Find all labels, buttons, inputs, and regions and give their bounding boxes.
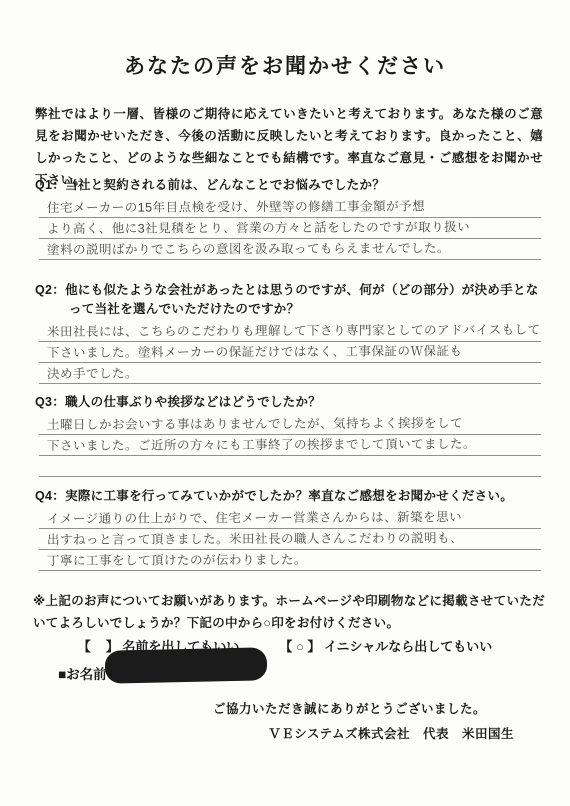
handwritten-answer-text: 出すねっと言って頂きました。米田社長の職人さんこだわりの説明も、 — [39, 529, 541, 550]
question-label: Q4：実際に工事を行ってみていかがでしたか？率直なご感想をお聞かせください。 — [35, 487, 543, 506]
handwritten-answer-text: 住宅メーカーの15年目点検を受け、外壁等の修繕工事金額が予想 — [39, 197, 541, 218]
handwritten-answer-text: 丁寧に工事をして頂けたのが伝わりました。 — [39, 550, 541, 571]
handwritten-answer-text: 下さいました。塗料メーカーの保証だけではなく、工事保証のＷ保証も — [39, 342, 541, 363]
page-title: あなたの声をお聞かせください — [0, 50, 570, 80]
handwritten-answer-text: 米田社長には、こちらのこだわりも理解して下さり専門家としてのアドバイスもして — [39, 321, 541, 342]
name-field-row: ■お名前 — [58, 648, 318, 686]
question-block-q1: Q1：当社と契約される前は、どんなことでお悩みでしたか？ 住宅メーカーの15年目… — [35, 176, 543, 260]
question-label: Q1：当社と契約される前は、どんなことでお悩みでしたか？ — [35, 176, 543, 195]
question-label: Q2：他にも似たような会社があったとは思うのですが、何が（どの部分）が決め手とな… — [35, 281, 543, 319]
footer-block: ご協力いただき誠にありがとうございました。 ＶＥシステムズ株式会社 代表 米田国… — [213, 697, 514, 747]
answer-line: 塗料の説明ばかりでこちらの意図を汲み取ってもらえませんでした。 — [39, 239, 541, 260]
company-name: ＶＥシステムズ株式会社 代表 米田国生 — [213, 722, 514, 747]
answer-line: 下さいました。塗料メーカーの保証だけではなく、工事保証のＷ保証も — [39, 342, 541, 363]
handwritten-answer-text: 決め手でした。 — [39, 363, 541, 384]
redacted-name-value — [105, 647, 268, 683]
publication-consent-note: ※上記のお声についてお願いがあります。ホームページや印刷物などに掲載させていただ… — [33, 590, 545, 634]
handwritten-answer-text: 土曜日しかお会いする事はありませんでしたが、気持ちよく挨拶をして — [39, 414, 541, 435]
answer-line: 下さいました。ご近所の方々にも工事終了の挨拶までして頂いてました。 — [39, 435, 541, 456]
answer-line: 出すねっと言って頂きました。米田社長の職人さんこだわりの説明も、 — [39, 529, 541, 550]
answer-line: 米田社長には、こちらのこだわりも理解して下さり専門家としてのアドバイスもして — [39, 321, 541, 342]
question-block-q3: Q3：職人の仕事ぶりや挨拶などはどうでしたか？ 土曜日しかお会いする事はありませ… — [35, 393, 543, 477]
answer-line: 丁寧に工事をして頂けたのが伝わりました。 — [39, 550, 541, 571]
name-field-label: ■お名前 — [58, 663, 107, 683]
question-label: Q3：職人の仕事ぶりや挨拶などはどうでしたか？ — [35, 393, 543, 412]
consent-option-label: イニシャルなら出してもいい — [324, 639, 492, 654]
answer-line: イメージ通りの仕上がりで、住宅メーカー営業さんからは、新築を思い — [39, 508, 541, 529]
answer-line: 住宅メーカーの15年目点検を受け、外壁等の修繕工事金額が予想 — [39, 197, 541, 218]
handwritten-answer-text: 下さいました。ご近所の方々にも工事終了の挨拶までして頂いてました。 — [39, 435, 541, 456]
handwritten-answer-text: 塗料の説明ばかりでこちらの意図を汲み取ってもらえませんでした。 — [39, 239, 541, 260]
answer-line: 決め手でした。 — [39, 363, 541, 384]
thanks-text: ご協力いただき誠にありがとうございました。 — [213, 697, 486, 722]
answer-line: より高く、他に3社見積をとり、営業の方々と話をしたのですが取り扱い — [39, 218, 541, 239]
handwritten-answer-text: より高く、他に3社見積をとり、営業の方々と話をしたのですが取り扱い — [39, 218, 541, 239]
question-block-q2: Q2：他にも似たような会社があったとは思うのですが、何が（どの部分）が決め手とな… — [35, 281, 543, 384]
answer-line-empty — [39, 456, 541, 477]
answer-line: 土曜日しかお会いする事はありませんでしたが、気持ちよく挨拶をして — [39, 414, 541, 435]
question-block-q4: Q4：実際に工事を行ってみていかがでしたか？率直なご感想をお聞かせください。 イ… — [35, 487, 543, 571]
questionnaire-sheet: あなたの声をお聞かせください 弊社ではより一層、皆様のご期待に応えていきたいと考… — [0, 0, 570, 806]
handwritten-answer-text: イメージ通りの仕上がりで、住宅メーカー営業さんからは、新築を思い — [39, 508, 541, 529]
